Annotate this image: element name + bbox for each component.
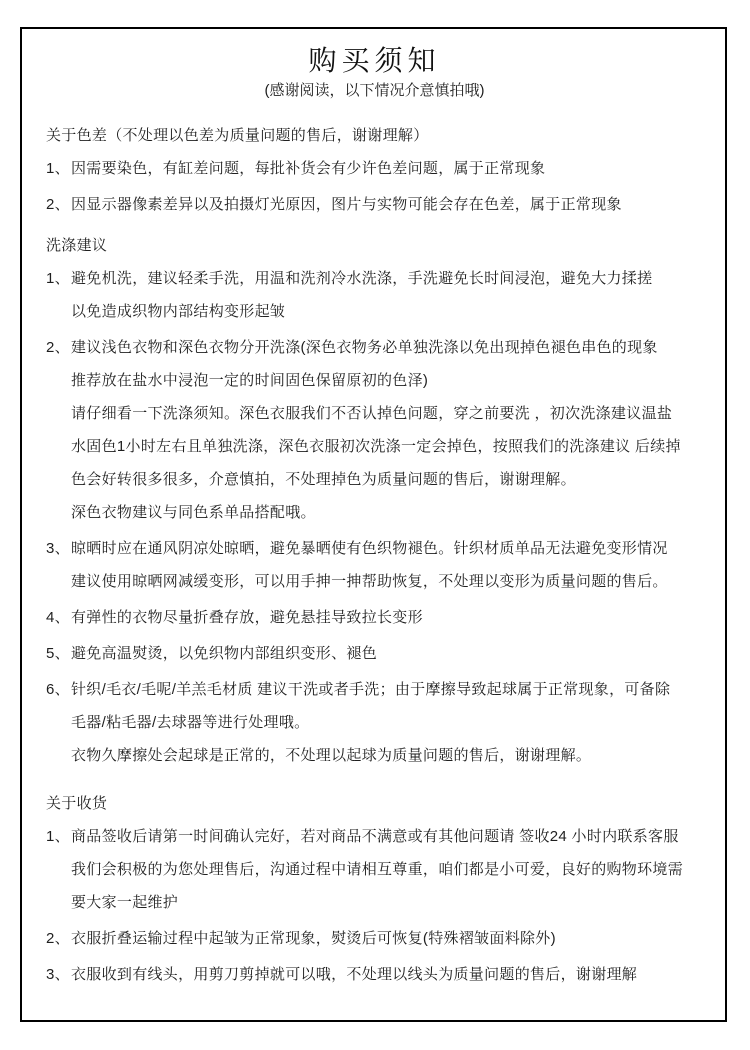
item-number: 5、 (46, 637, 70, 670)
item-line: 以免造成织物内部结构变形起皱 (71, 295, 703, 328)
notice-item: 5、 避免高温熨烫，以免织物内部组织变形、褪色 (46, 637, 703, 670)
item-line: 我们会积极的为您处理售后，沟通过程中请相互尊重，咱们都是小可爱，良好的购物环境需 (71, 853, 703, 886)
item-line: 衣服收到有线头，用剪刀剪掉就可以哦，不处理以线头为质量问题的售后，谢谢理解 (71, 958, 703, 991)
item-line: 针织/毛衣/毛呢/羊羔毛材质 建议干洗或者手洗；由于摩擦导致起球属于正常现象，可… (71, 673, 703, 706)
section-color-difference: 关于色差（不处理以色差为质量问题的售后，谢谢理解） 1、 因需要染色，有缸差问题… (46, 119, 703, 221)
item-line: 晾晒时应在通风阴凉处晾晒，避免暴晒使有色织物褪色。针织材质单品无法避免变形情况 (71, 532, 703, 565)
item-line: 因显示器像素差异以及拍摄灯光原因，图片与实物可能会存在色差，属于正常现象 (71, 188, 703, 221)
item-line: 色会好转很多很多，介意慎拍，不处理掉色为质量问题的售后，谢谢理解。 (71, 463, 703, 496)
item-number: 6、 (46, 673, 70, 706)
section-heading: 关于色差（不处理以色差为质量问题的售后，谢谢理解） (46, 119, 703, 152)
item-number: 3、 (46, 958, 70, 991)
item-line: 有弹性的衣物尽量折叠存放，避免悬挂导致拉长变形 (71, 601, 703, 634)
notice-item: 2、 衣服折叠运输过程中起皱为正常现象，熨烫后可恢复(特殊褶皱面料除外) (46, 922, 703, 955)
notice-item: 3、 晾晒时应在通风阴凉处晾晒，避免暴晒使有色织物褪色。针织材质单品无法避免变形… (46, 532, 703, 598)
item-number: 1、 (46, 820, 70, 853)
section-heading: 关于收货 (46, 787, 703, 820)
item-line: 水固色1小时左右且单独洗涤，深色衣服初次洗涤一定会掉色，按照我们的洗涤建议 后续… (71, 430, 703, 463)
item-number: 1、 (46, 262, 70, 295)
section-washing-advice: 洗涤建议 1、 避免机洗，建议轻柔手洗，用温和洗剂冷水洗涤，手洗避免长时间浸泡，… (46, 229, 703, 772)
notice-item: 4、 有弹性的衣物尽量折叠存放，避免悬挂导致拉长变形 (46, 601, 703, 634)
notice-item: 2、 建议浅色衣物和深色衣物分开洗涤(深色衣物务必单独洗涤以免出现掉色褪色串色的… (46, 331, 703, 529)
item-line: 衣物久摩擦处会起球是正常的，不处理以起球为质量问题的售后，谢谢理解。 (71, 739, 703, 772)
notice-item: 2、 因显示器像素差异以及拍摄灯光原因，图片与实物可能会存在色差，属于正常现象 (46, 188, 703, 221)
item-line: 深色衣物建议与同色系单品搭配哦。 (71, 496, 703, 529)
notice-item: 6、 针织/毛衣/毛呢/羊羔毛材质 建议干洗或者手洗；由于摩擦导致起球属于正常现… (46, 673, 703, 772)
item-line: 因需要染色，有缸差问题，每批补货会有少许色差问题，属于正常现象 (71, 152, 703, 185)
notice-item: 1、 避免机洗，建议轻柔手洗，用温和洗剂冷水洗涤，手洗避免长时间浸泡，避免大力揉… (46, 262, 703, 328)
section-receiving-goods: 关于收货 1、 商品签收后请第一时间确认完好，若对商品不满意或有其他问题请 签收… (46, 787, 703, 991)
document-frame: 购买须知 (感谢阅读，以下情况介意慎拍哦) 关于色差（不处理以色差为质量问题的售… (20, 27, 727, 1022)
notice-item: 1、 商品签收后请第一时间确认完好，若对商品不满意或有其他问题请 签收24 小时… (46, 820, 703, 919)
notice-item: 3、 衣服收到有线头，用剪刀剪掉就可以哦，不处理以线头为质量问题的售后，谢谢理解 (46, 958, 703, 991)
item-number: 3、 (46, 532, 70, 565)
item-line: 避免高温熨烫，以免织物内部组织变形、褪色 (71, 637, 703, 670)
item-number: 2、 (46, 331, 70, 364)
item-number: 1、 (46, 152, 70, 185)
item-line: 衣服折叠运输过程中起皱为正常现象，熨烫后可恢复(特殊褶皱面料除外) (71, 922, 703, 955)
item-line: 建议浅色衣物和深色衣物分开洗涤(深色衣物务必单独洗涤以免出现掉色褪色串色的现象 (71, 331, 703, 364)
document-content: 购买须知 (感谢阅读，以下情况介意慎拍哦) 关于色差（不处理以色差为质量问题的售… (22, 29, 725, 991)
item-number: 4、 (46, 601, 70, 634)
item-line: 避免机洗，建议轻柔手洗，用温和洗剂冷水洗涤，手洗避免长时间浸泡，避免大力揉搓 (71, 262, 703, 295)
page-subtitle: (感谢阅读，以下情况介意慎拍哦) (46, 79, 703, 103)
item-line: 推荐放在盐水中浸泡一定的时间固色保留原初的色泽) (71, 364, 703, 397)
item-line: 商品签收后请第一时间确认完好，若对商品不满意或有其他问题请 签收24 小时内联系… (71, 820, 703, 853)
item-line: 建议使用晾晒网减缓变形，可以用手抻一抻帮助恢复，不处理以变形为质量问题的售后。 (71, 565, 703, 598)
item-line: 请仔细看一下洗涤须知。深色衣服我们不否认掉色问题，穿之前要洗 ，初次洗涤建议温盐 (71, 397, 703, 430)
item-line: 毛器/粘毛器/去球器等进行处理哦。 (71, 706, 703, 739)
notice-item: 1、 因需要染色，有缸差问题，每批补货会有少许色差问题，属于正常现象 (46, 152, 703, 185)
section-heading: 洗涤建议 (46, 229, 703, 262)
item-number: 2、 (46, 922, 70, 955)
page-title: 购买须知 (46, 43, 703, 79)
item-number: 2、 (46, 188, 70, 221)
item-line: 要大家一起维护 (71, 886, 703, 919)
